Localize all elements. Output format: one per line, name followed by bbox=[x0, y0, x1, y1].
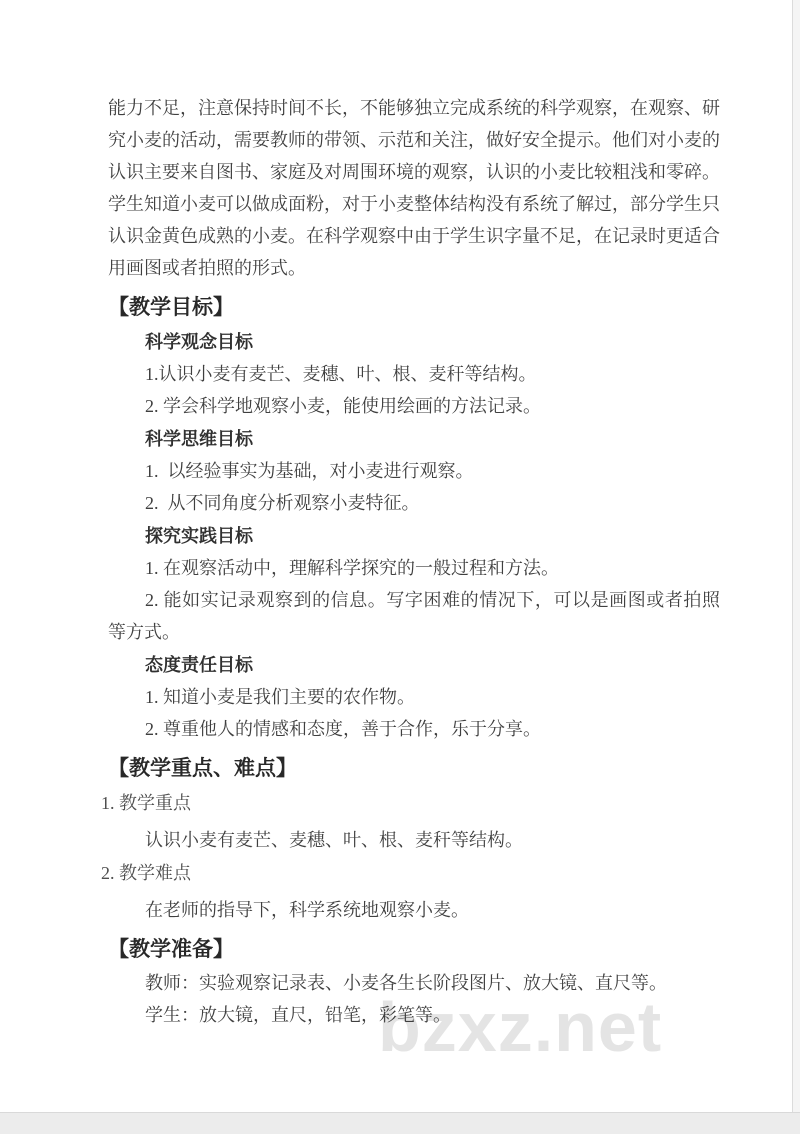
section-heading: 【教学准备】 bbox=[108, 931, 720, 967]
paragraph: 能力不足，注意保持时间不长，不能够独立完成系统的科学观察，在观察、研究小麦的活动… bbox=[108, 92, 720, 284]
text-line: 2. 从不同角度分析观察小麦特征。 bbox=[108, 487, 720, 519]
text-line: 1.认识小麦有麦芒、麦穗、叶、根、麦秆等结构。 bbox=[108, 358, 720, 390]
section-heading: 【教学重点、难点】 bbox=[108, 750, 720, 786]
document-content: 能力不足，注意保持时间不长，不能够独立完成系统的科学观察，在观察、研究小麦的活动… bbox=[108, 92, 720, 1031]
numbered-subheading: 2. 教学难点 bbox=[101, 857, 720, 889]
objective-subheading: 科学观念目标 bbox=[145, 326, 720, 358]
objective-subheading: 探究实践目标 bbox=[145, 520, 720, 552]
text-line: 2. 能如实记录观察到的信息。写字困难的情况下，可以是画图或者拍照等方式。 bbox=[108, 584, 720, 648]
text-line: 学生：放大镜，直尺，铅笔，彩笔等。 bbox=[108, 999, 720, 1031]
section-heading: 【教学目标】 bbox=[108, 289, 720, 325]
objective-subheading: 态度责任目标 bbox=[145, 649, 720, 681]
text-line: 1. 知道小麦是我们主要的农作物。 bbox=[108, 681, 720, 713]
document-page[interactable]: bzxz.net 能力不足，注意保持时间不长，不能够独立完成系统的科学观察，在观… bbox=[0, 0, 800, 1134]
text-line: 教师：实验观察记录表、小麦各生长阶段图片、放大镜、直尺等。 bbox=[108, 967, 720, 999]
text-line: 2. 学会科学地观察小麦，能使用绘画的方法记录。 bbox=[108, 390, 720, 422]
page-right-edge bbox=[792, 0, 800, 1112]
objective-subheading: 科学思维目标 bbox=[145, 423, 720, 455]
text-line: 1. 在观察活动中，理解科学探究的一般过程和方法。 bbox=[108, 552, 720, 584]
text-line: 2. 尊重他人的情感和态度，善于合作，乐于分享。 bbox=[108, 713, 720, 745]
viewer-bottom-band bbox=[0, 1112, 800, 1134]
text-line: 1. 以经验事实为基础，对小麦进行观察。 bbox=[108, 455, 720, 487]
numbered-subheading: 1. 教学重点 bbox=[101, 787, 720, 819]
text-line: 在老师的指导下，科学系统地观察小麦。 bbox=[108, 894, 720, 926]
text-line: 认识小麦有麦芒、麦穗、叶、根、麦秆等结构。 bbox=[108, 824, 720, 856]
